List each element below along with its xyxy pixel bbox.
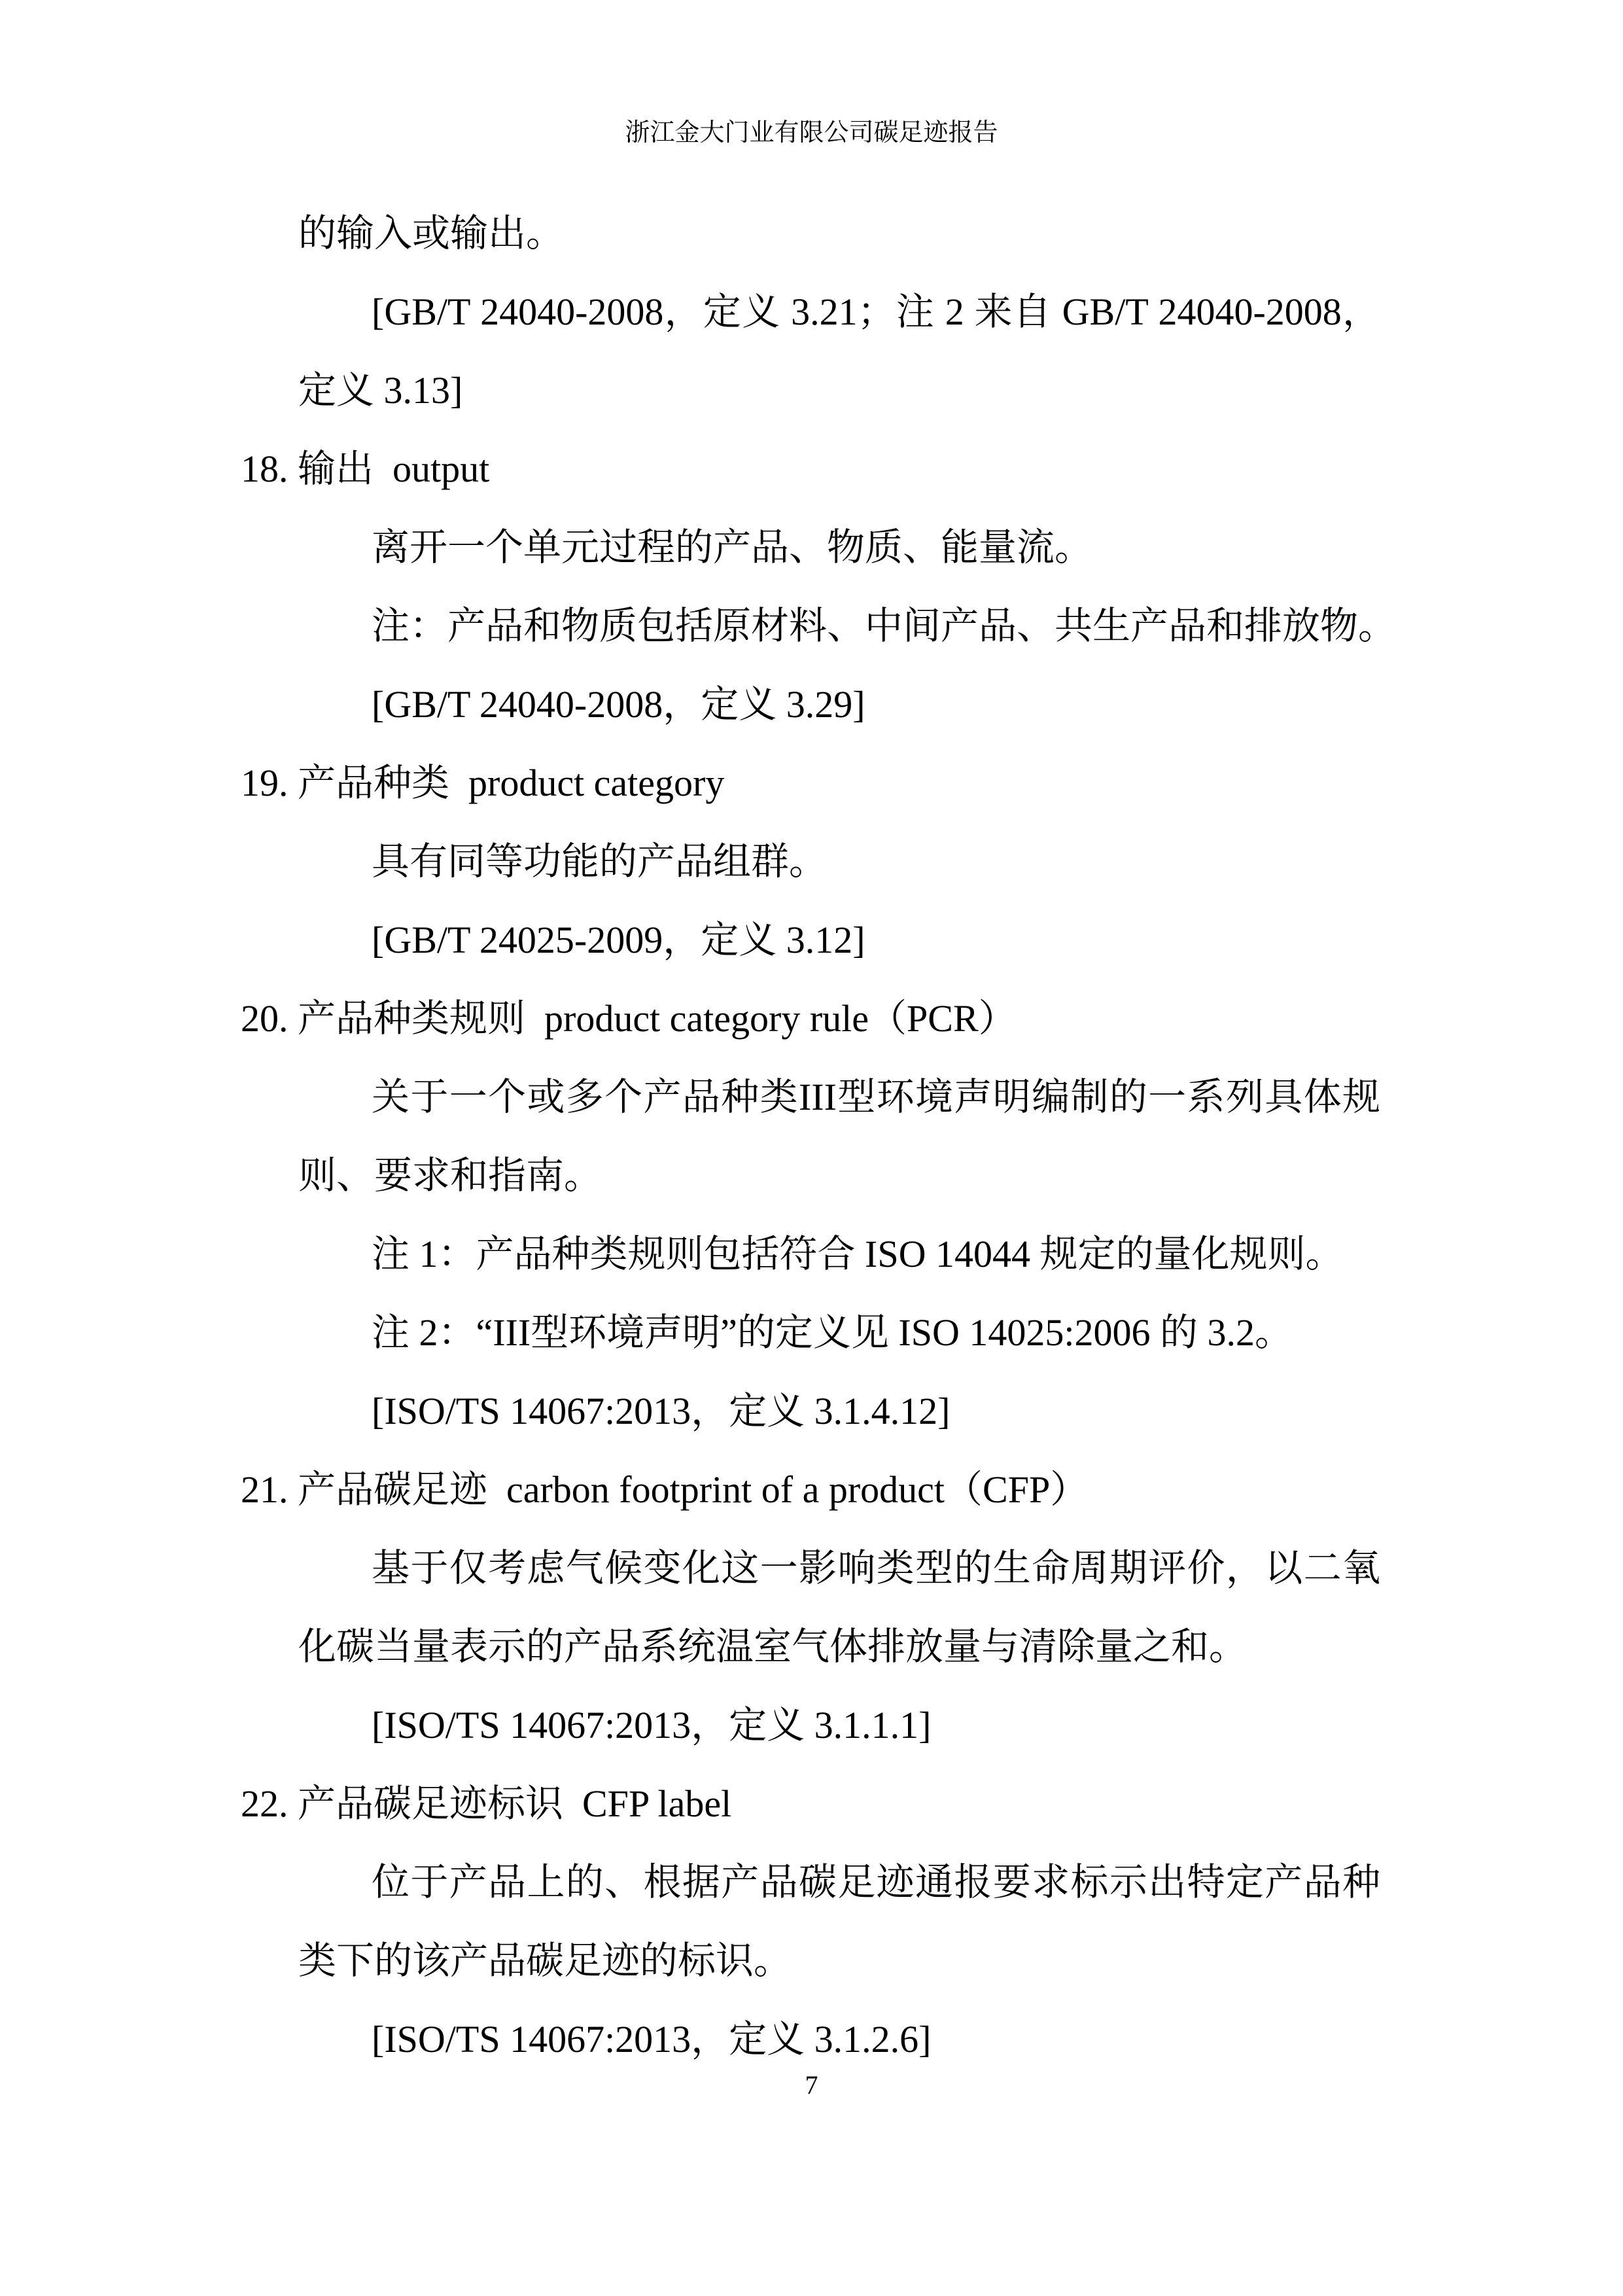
document-page: 浙江金大门业有限公司碳足迹报告 的输入或输出。[GB/T 24040-2008，…: [0, 0, 1623, 2296]
text-line: 则、要求和指南。: [298, 1137, 1380, 1215]
text-line: 定义 3.13]: [298, 351, 1380, 430]
page-number: 7: [0, 2070, 1623, 2101]
text-line: [GB/T 24040-2008，定义 3.29]: [372, 665, 1380, 744]
text-line: 化碳当量表示的产品系统温室气体排放量与清除量之和。: [298, 1608, 1380, 1686]
text-line: 18. 输出 output: [241, 430, 1380, 508]
text-line: 关于一个或多个产品种类III型环境声明编制的一系列具体规: [372, 1058, 1380, 1137]
text-line: 离开一个单元过程的产品、物质、能量流。: [372, 508, 1380, 587]
page-header: 浙江金大门业有限公司碳足迹报告: [0, 118, 1623, 148]
text-line: 22. 产品碳足迹标识 CFP label: [241, 1765, 1380, 1843]
text-line: 注：产品和物质包括原材料、中间产品、共生产品和排放物。: [372, 587, 1380, 665]
text-line: 的输入或输出。: [298, 194, 1380, 273]
text-line: 具有同等功能的产品组群。: [372, 822, 1380, 901]
text-line: 20. 产品种类规则 product category rule（PCR）: [241, 980, 1380, 1058]
document-body: 的输入或输出。[GB/T 24040-2008，定义 3.21；注 2 来自 G…: [241, 194, 1380, 2079]
text-line: [GB/T 24040-2008，定义 3.21；注 2 来自 GB/T 240…: [372, 273, 1380, 351]
text-line: [ISO/TS 14067:2013，定义 3.1.2.6]: [372, 2000, 1380, 2079]
text-line: 21. 产品碳足迹 carbon footprint of a product（…: [241, 1451, 1380, 1529]
text-line: 注 1：产品种类规则包括符合 ISO 14044 规定的量化规则。: [372, 1215, 1380, 1294]
text-line: [ISO/TS 14067:2013，定义 3.1.1.1]: [372, 1686, 1380, 1765]
text-line: 基于仅考虑气候变化这一影响类型的生命周期评价，以二氧: [372, 1529, 1380, 1608]
text-line: 类下的该产品碳足迹的标识。: [298, 1922, 1380, 2000]
text-line: 注 2：“III型环境声明”的定义见 ISO 14025:2006 的 3.2。: [372, 1294, 1380, 1372]
text-line: [ISO/TS 14067:2013，定义 3.1.4.12]: [372, 1372, 1380, 1451]
text-line: 位于产品上的、根据产品碳足迹通报要求标示出特定产品种: [372, 1843, 1380, 1922]
text-line: 19. 产品种类 product category: [241, 744, 1380, 822]
text-line: [GB/T 24025-2009，定义 3.12]: [372, 901, 1380, 980]
